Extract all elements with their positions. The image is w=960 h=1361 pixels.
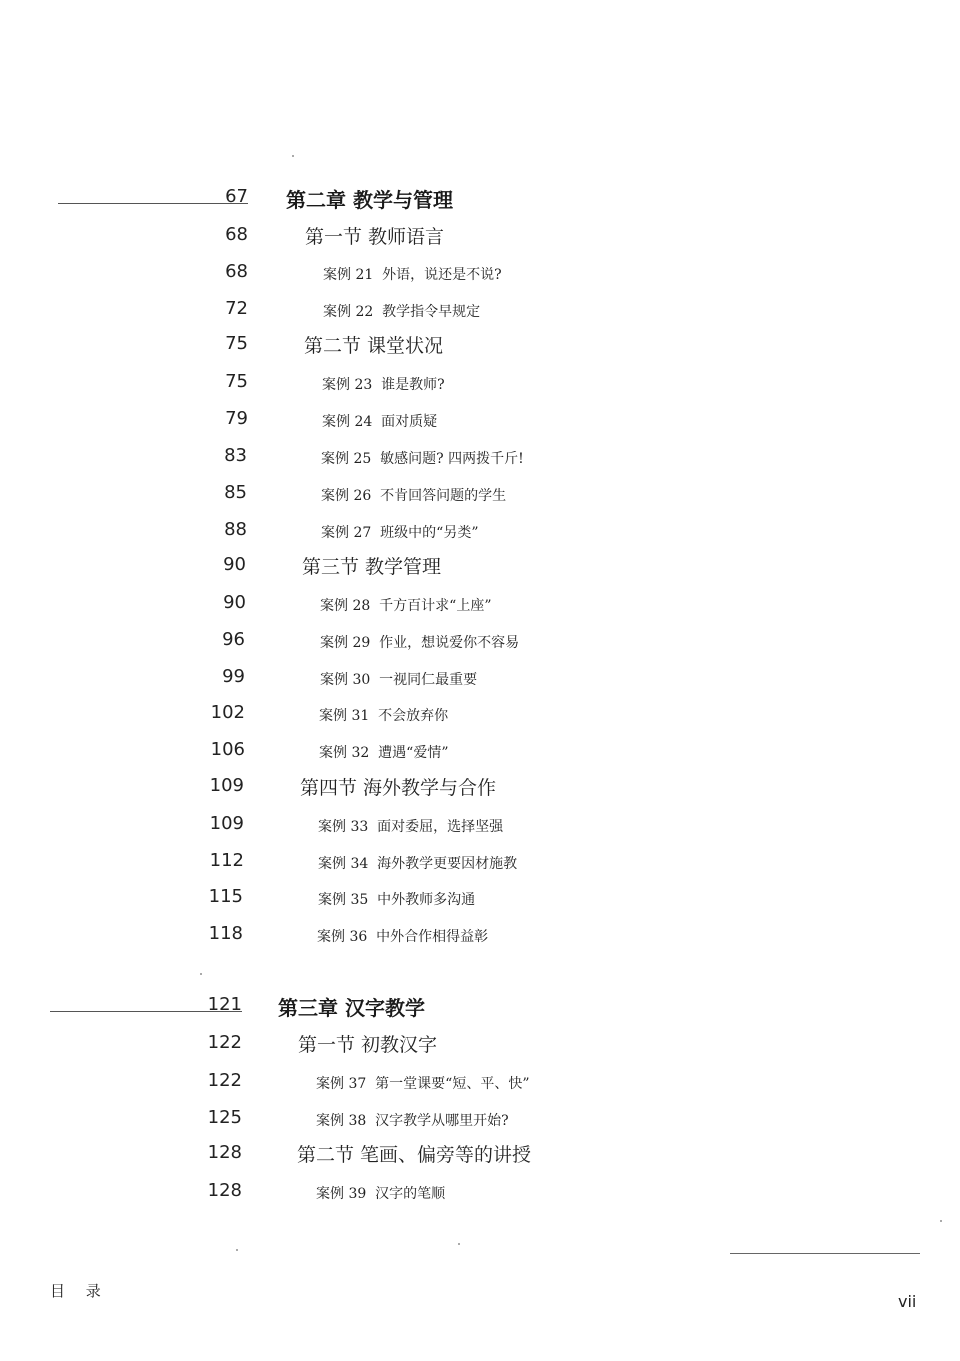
case-title: 不会放弃你 (378, 708, 448, 724)
toc-case[interactable]: 118 案例 36 中外合作相得益彰 (0, 919, 960, 949)
toc-chapter[interactable]: 121 第三章 汉字教学 (0, 990, 960, 1020)
toc-case[interactable]: 122 案例 37 第一堂课要“短、平、快” (0, 1066, 960, 1096)
page-number: 79 (188, 408, 248, 429)
toc-case[interactable]: 112 案例 34 海外教学更要因材施教 (0, 846, 960, 876)
case-title: 教学指令早规定 (382, 304, 480, 320)
page-number: 121 (182, 994, 242, 1015)
case-label: 案例 35 (318, 892, 368, 908)
footer-rule (730, 1253, 920, 1254)
case-entry: 案例 27 班级中的“另类” (321, 522, 479, 542)
case-entry: 案例 26 不肯回答问题的学生 (321, 485, 506, 505)
page-number: 90 (186, 592, 246, 613)
case-label: 案例 23 (322, 377, 372, 393)
toc-case[interactable]: 125 案例 38 汉字教学从哪里开始? (0, 1103, 960, 1133)
case-title: 汉字的笔顺 (375, 1186, 445, 1202)
case-title: 敏感问题? 四两拨千斤! (380, 451, 524, 467)
toc-case[interactable]: 72 案例 22 教学指令早规定 (0, 294, 960, 324)
page-number: 125 (182, 1107, 242, 1128)
case-label: 案例 26 (321, 488, 371, 504)
page-number: 128 (182, 1142, 242, 1163)
case-title: 千方百计求“上座” (379, 598, 491, 614)
case-entry: 案例 37 第一堂课要“短、平、快” (316, 1073, 530, 1093)
case-title: 汉字教学从哪里开始? (375, 1113, 509, 1129)
toc-case[interactable]: 79 案例 24 面对质疑 (0, 404, 960, 434)
case-title: 海外教学更要因材施教 (377, 856, 517, 872)
section-title: 第一节 初教汉字 (298, 1030, 437, 1057)
case-title: 面对质疑 (381, 414, 437, 430)
page-number: 72 (188, 298, 248, 319)
page-number: 83 (187, 445, 247, 466)
toc-case[interactable]: 90 案例 28 千方百计求“上座” (0, 588, 960, 618)
scan-speck (200, 973, 202, 975)
case-entry: 案例 31 不会放弃你 (319, 705, 448, 725)
case-label: 案例 34 (318, 856, 368, 872)
case-title: 班级中的“另类” (380, 525, 478, 541)
case-entry: 案例 39 汉字的笔顺 (316, 1183, 445, 1203)
toc-case[interactable]: 68 案例 21 外语，说还是不说? (0, 257, 960, 287)
case-label: 案例 33 (318, 819, 368, 835)
case-entry: 案例 21 外语，说还是不说? (323, 264, 502, 284)
scan-speck (940, 1220, 942, 1222)
case-label: 案例 29 (320, 635, 370, 651)
case-entry: 案例 23 谁是教师? (322, 374, 445, 394)
section-title: 第三节 教学管理 (302, 552, 441, 579)
page-number: 118 (183, 923, 243, 944)
case-entry: 案例 38 汉字教学从哪里开始? (316, 1110, 509, 1130)
page-number: 128 (182, 1180, 242, 1201)
case-title: 中外教师多沟通 (377, 892, 475, 908)
toc-chapter[interactable]: 67 第二章 教学与管理 (0, 182, 960, 212)
page-number: 75 (188, 333, 248, 354)
page-number: 109 (184, 813, 244, 834)
toc-section[interactable]: 109 第四节 海外教学与合作 (0, 771, 960, 801)
scan-speck (292, 155, 294, 157)
page-number: 88 (187, 519, 247, 540)
case-entry: 案例 25 敏感问题? 四两拨千斤! (321, 448, 524, 468)
toc-section[interactable]: 75 第二节 课堂状况 (0, 329, 960, 359)
case-label: 案例 30 (320, 672, 370, 688)
page-number: 102 (185, 702, 245, 723)
page-number: 109 (184, 775, 244, 796)
page-number: 112 (184, 850, 244, 871)
case-entry: 案例 34 海外教学更要因材施教 (318, 853, 517, 873)
page-number: 106 (185, 739, 245, 760)
toc-case[interactable]: 75 案例 23 谁是教师? (0, 367, 960, 397)
toc-case[interactable]: 102 案例 31 不会放弃你 (0, 698, 960, 728)
toc-case[interactable]: 83 案例 25 敏感问题? 四两拨千斤! (0, 441, 960, 471)
case-entry: 案例 22 教学指令早规定 (323, 301, 480, 321)
page-number: 96 (185, 629, 245, 650)
running-footer-label: 目 录 (50, 1280, 109, 1301)
page-number: 99 (185, 666, 245, 687)
case-label: 案例 27 (321, 525, 371, 541)
page-number: 68 (188, 224, 248, 245)
page-number: 68 (188, 261, 248, 282)
toc-section[interactable]: 90 第三节 教学管理 (0, 550, 960, 580)
toc-case[interactable]: 128 案例 39 汉字的笔顺 (0, 1176, 960, 1206)
scan-speck (458, 1243, 460, 1245)
case-title: 外语，说还是不说? (382, 267, 502, 283)
case-entry: 案例 32 遭遇“爱情” (319, 742, 449, 762)
case-entry: 案例 36 中外合作相得益彰 (317, 926, 488, 946)
page-number: 75 (188, 371, 248, 392)
toc-section[interactable]: 128 第二节 笔画、偏旁等的讲授 (0, 1138, 960, 1168)
section-title: 第四节 海外教学与合作 (300, 773, 496, 800)
case-label: 案例 36 (317, 929, 367, 945)
toc-case[interactable]: 115 案例 35 中外教师多沟通 (0, 882, 960, 912)
case-label: 案例 25 (321, 451, 371, 467)
case-entry: 案例 24 面对质疑 (322, 411, 437, 431)
case-label: 案例 22 (323, 304, 373, 320)
case-title: 遭遇“爱情” (378, 745, 448, 761)
case-entry: 案例 33 面对委屈，选择坚强 (318, 816, 503, 836)
toc-case[interactable]: 85 案例 26 不肯回答问题的学生 (0, 478, 960, 508)
case-label: 案例 21 (323, 267, 373, 283)
toc-section[interactable]: 122 第一节 初教汉字 (0, 1028, 960, 1058)
section-title: 第二节 笔画、偏旁等的讲授 (297, 1140, 531, 1167)
case-entry: 案例 35 中外教师多沟通 (318, 889, 475, 909)
case-title: 谁是教师? (381, 377, 445, 393)
case-entry: 案例 30 一视同仁最重要 (320, 669, 477, 689)
toc-case[interactable]: 109 案例 33 面对委屈，选择坚强 (0, 809, 960, 839)
section-title: 第二节 课堂状况 (304, 331, 443, 358)
case-title: 一视同仁最重要 (379, 672, 477, 688)
scan-speck (236, 1249, 238, 1251)
case-label: 案例 31 (319, 708, 369, 724)
case-entry: 案例 28 千方百计求“上座” (320, 595, 492, 615)
page-number: 122 (182, 1032, 242, 1053)
chapter-title: 第三章 汉字教学 (278, 992, 425, 1021)
page-number: 115 (183, 886, 243, 907)
case-title: 不肯回答问题的学生 (380, 488, 506, 504)
page-number: 85 (187, 482, 247, 503)
toc-section[interactable]: 68 第一节 教师语言 (0, 220, 960, 250)
chapter-title: 第二章 教学与管理 (286, 184, 453, 213)
case-label: 案例 37 (316, 1076, 366, 1092)
case-title: 中外合作相得益彰 (376, 929, 488, 945)
case-title: 第一堂课要“短、平、快” (375, 1076, 529, 1092)
toc-case[interactable]: 106 案例 32 遭遇“爱情” (0, 735, 960, 765)
page-number: 67 (188, 186, 248, 207)
toc-case[interactable]: 99 案例 30 一视同仁最重要 (0, 662, 960, 692)
case-label: 案例 24 (322, 414, 372, 430)
page-number: 122 (182, 1070, 242, 1091)
section-title: 第一节 教师语言 (305, 222, 444, 249)
case-label: 案例 38 (316, 1113, 366, 1129)
case-title: 面对委屈，选择坚强 (377, 819, 503, 835)
page-number-footer: vii (898, 1292, 916, 1311)
case-entry: 案例 29 作业，想说爱你不容易 (320, 632, 519, 652)
toc-case[interactable]: 96 案例 29 作业，想说爱你不容易 (0, 625, 960, 655)
case-title: 作业，想说爱你不容易 (379, 635, 519, 651)
case-label: 案例 39 (316, 1186, 366, 1202)
page-number: 90 (186, 554, 246, 575)
case-label: 案例 32 (319, 745, 369, 761)
toc-case[interactable]: 88 案例 27 班级中的“另类” (0, 515, 960, 545)
case-label: 案例 28 (320, 598, 370, 614)
